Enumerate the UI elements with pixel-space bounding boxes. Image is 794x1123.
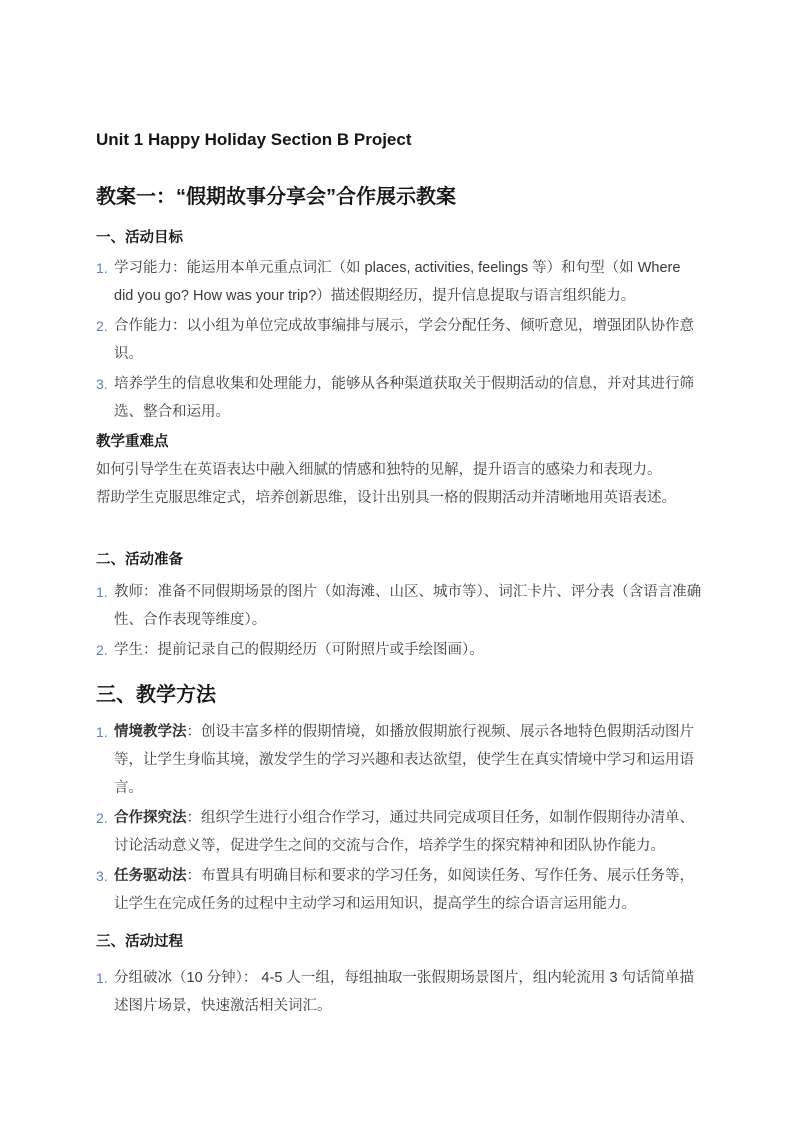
list-item-number: 1. xyxy=(96,718,108,746)
process-list: 1. 分组破冰（10 分钟）： 4-5 人一组，每组抽取一张假期场景图片，组内轮… xyxy=(96,964,702,1020)
list-item: 1. 分组破冰（10 分钟）： 4-5 人一组，每组抽取一张假期场景图片，组内轮… xyxy=(96,964,702,1020)
list-item-text: 合作能力：以小组为单位完成故事编排与展示，学会分配任务、倾听意见，增强团队协作意… xyxy=(114,318,694,362)
plan-heading: 教案一：“假期故事分享会”合作展示教案 xyxy=(96,182,702,212)
keypoints-paragraph: 如何引导学生在英语表达中融入细腻的情感和独特的见解，提升语言的感染力和表现力。 xyxy=(96,456,702,484)
list-item: 3. 培养学生的信息收集和处理能力，能够从各种渠道获取关于假期活动的信息，并对其… xyxy=(96,370,702,426)
keypoints-paragraph: 帮助学生克服思维定式，培养创新思维，设计出别具一格的假期活动并清晰地用英语表述。 xyxy=(96,484,702,512)
preparation-list: 1. 教师：准备不同假期场景的图片（如海滩、山区、城市等）、词汇卡片、评分表（含… xyxy=(96,578,702,664)
list-item-number: 1. xyxy=(96,964,108,992)
list-item-number: 2. xyxy=(96,636,108,664)
list-item-text: 学习能力：能运用本单元重点词汇（如 places, activities, fe… xyxy=(114,260,680,304)
list-item-text: ：组织学生进行小组合作学习，通过共同完成项目任务，如制作假期待办清单、讨论活动意… xyxy=(114,810,694,854)
list-item-text: 教师：准备不同假期场景的图片（如海滩、山区、城市等）、词汇卡片、评分表（含语言准… xyxy=(114,584,701,628)
goals-list: 1. 学习能力：能运用本单元重点词汇（如 places, activities,… xyxy=(96,254,702,426)
method-name: 情境教学法 xyxy=(114,724,187,740)
list-item: 3. 任务驱动法：布置具有明确目标和要求的学习任务，如阅读任务、写作任务、展示任… xyxy=(96,862,702,918)
methods-heading: 三、教学方法 xyxy=(96,680,702,710)
keypoints-heading: 教学重难点 xyxy=(96,428,702,456)
list-item: 2. 学生：提前记录自己的假期经历（可附照片或手绘图画）。 xyxy=(96,636,702,664)
list-item-text: ：创设丰富多样的假期情境，如播放假期旅行视频、展示各地特色假期活动图片等，让学生… xyxy=(114,724,694,796)
methods-list: 1. 情境教学法：创设丰富多样的假期情境，如播放假期旅行视频、展示各地特色假期活… xyxy=(96,718,702,918)
list-item-text: ：布置具有明确目标和要求的学习任务，如阅读任务、写作任务、展示任务等，让学生在完… xyxy=(114,868,694,912)
list-item: 1. 学习能力：能运用本单元重点词汇（如 places, activities,… xyxy=(96,254,702,310)
list-item: 2. 合作能力：以小组为单位完成故事编排与展示，学会分配任务、倾听意见，增强团队… xyxy=(96,312,702,368)
list-item: 1. 教师：准备不同假期场景的图片（如海滩、山区、城市等）、词汇卡片、评分表（含… xyxy=(96,578,702,634)
list-item-number: 2. xyxy=(96,312,108,340)
process-heading: 三、活动过程 xyxy=(96,928,702,956)
list-item-number: 2. xyxy=(96,804,108,832)
doc-title: Unit 1 Happy Holiday Section B Project xyxy=(96,126,702,154)
list-item-text: 学生：提前记录自己的假期经历（可附照片或手绘图画）。 xyxy=(114,642,484,658)
method-name: 合作探究法 xyxy=(114,810,187,826)
method-name: 任务驱动法 xyxy=(114,868,187,884)
list-item-number: 3. xyxy=(96,370,108,398)
list-item: 2. 合作探究法：组织学生进行小组合作学习，通过共同完成项目任务，如制作假期待办… xyxy=(96,804,702,860)
document-page: Unit 1 Happy Holiday Section B Project 教… xyxy=(0,0,794,1123)
list-item: 1. 情境教学法：创设丰富多样的假期情境，如播放假期旅行视频、展示各地特色假期活… xyxy=(96,718,702,802)
goals-heading: 一、活动目标 xyxy=(96,224,702,252)
list-item-text: 培养学生的信息收集和处理能力，能够从各种渠道获取关于假期活动的信息，并对其进行筛… xyxy=(114,376,694,420)
list-item-text: 分组破冰（10 分钟）： 4-5 人一组，每组抽取一张假期场景图片，组内轮流用 … xyxy=(114,970,694,1014)
preparation-heading: 二、活动准备 xyxy=(96,546,702,574)
list-item-number: 1. xyxy=(96,578,108,606)
list-item-number: 3. xyxy=(96,862,108,890)
list-item-number: 1. xyxy=(96,254,108,282)
